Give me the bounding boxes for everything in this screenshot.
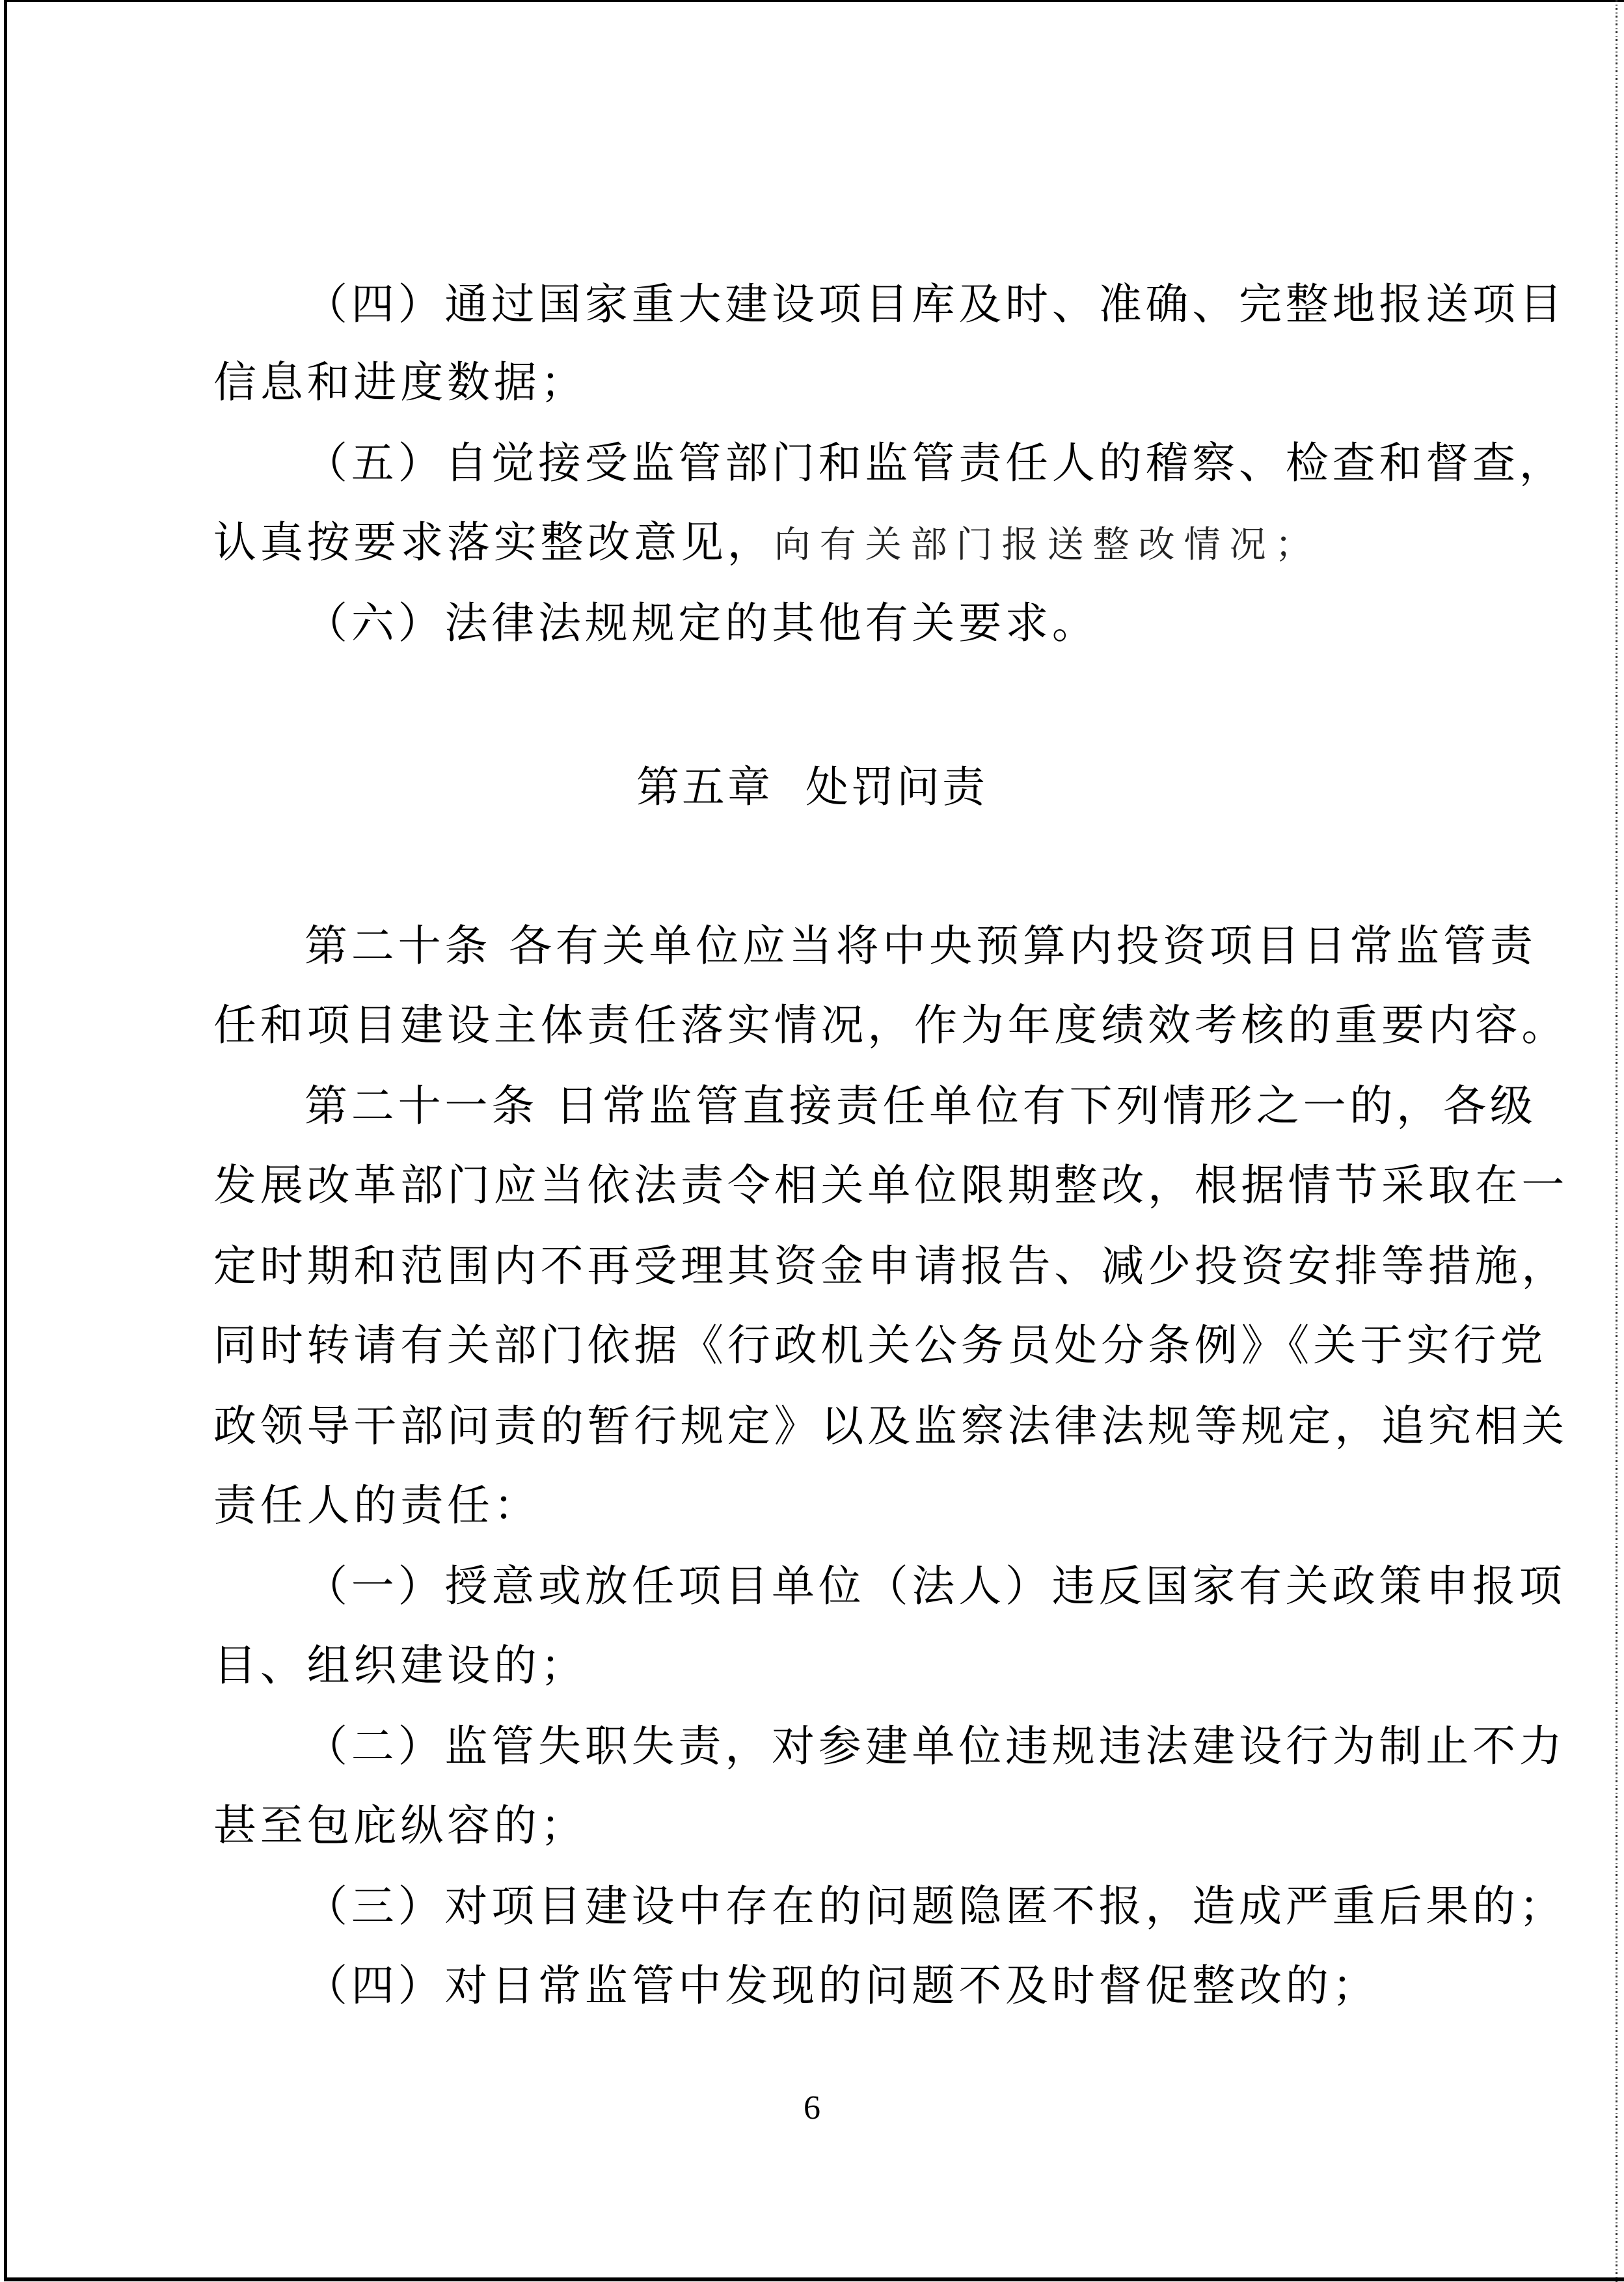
article-line: 第二十一条 日常监管直接责任单位有下列情形之一的，各级 [304,1080,1476,1132]
list-item-line: （一）授意或放任项目单位（法人）违反国家有关政策申报项 [304,1560,1476,1612]
list-item-line: 认真按要求落实整改意见，向有关部门报送整改情况； [213,517,1385,569]
list-item-line: （三）对项目建设中存在的问题隐匿不报，造成严重后果的； [304,1881,1476,1933]
page-border-right [1616,0,1617,2282]
list-item-line: （四）通过国家重大建设项目库及时、准确、完整地报送项目 [304,278,1476,331]
list-item-line: （四）对日常监管中发现的问题不及时督促整改的； [304,1960,1476,2012]
article-line: 发展改革部门应当依法责令相关单位限期整改，根据情节采取在一 [213,1160,1385,1212]
article-line: 定时期和范围内不再受理其资金申请报告、减少投资安排等措施， [213,1240,1385,1292]
chapter-title: 第五章 处罚问责 [0,761,1624,813]
list-item-line: 目、组织建设的； [213,1640,1385,1692]
article-line: 任和项目建设主体责任落实情况，作为年度绩效考核的重要内容。 [213,999,1385,1052]
list-item-line: （五）自觉接受监管部门和监管责任人的稽察、检查和督查， [304,437,1476,489]
article-line: 责任人的责任： [213,1480,1385,1532]
page-border-bottom [4,2277,1624,2281]
page-border-left [4,0,7,2279]
list-item-text-alt-font: 向有关部门报送整改情况； [774,524,1321,566]
article-line: 同时转请有关部门依据《行政机关公务员处分条例》《关于实行党 [213,1320,1385,1372]
list-item-line: （二）监管失职失责，对参建单位违规违法建设行为制止不力 [304,1720,1476,1773]
article-line: 政领导干部问责的暂行规定》以及监察法律法规等规定，追究相关 [213,1400,1385,1452]
article-line: 第二十条 各有关单位应当将中央预算内投资项目日常监管责 [304,920,1476,972]
page-number: 6 [0,2089,1624,2128]
list-item-line: 甚至包庇纵容的； [213,1800,1385,1852]
list-item-text: 认真按要求落实整改意见， [213,517,774,567]
list-item-line: （六）法律法规规定的其他有关要求。 [304,597,1476,649]
page-border-top [4,0,1624,2]
list-item-line: 信息和进度数据； [213,357,1385,409]
